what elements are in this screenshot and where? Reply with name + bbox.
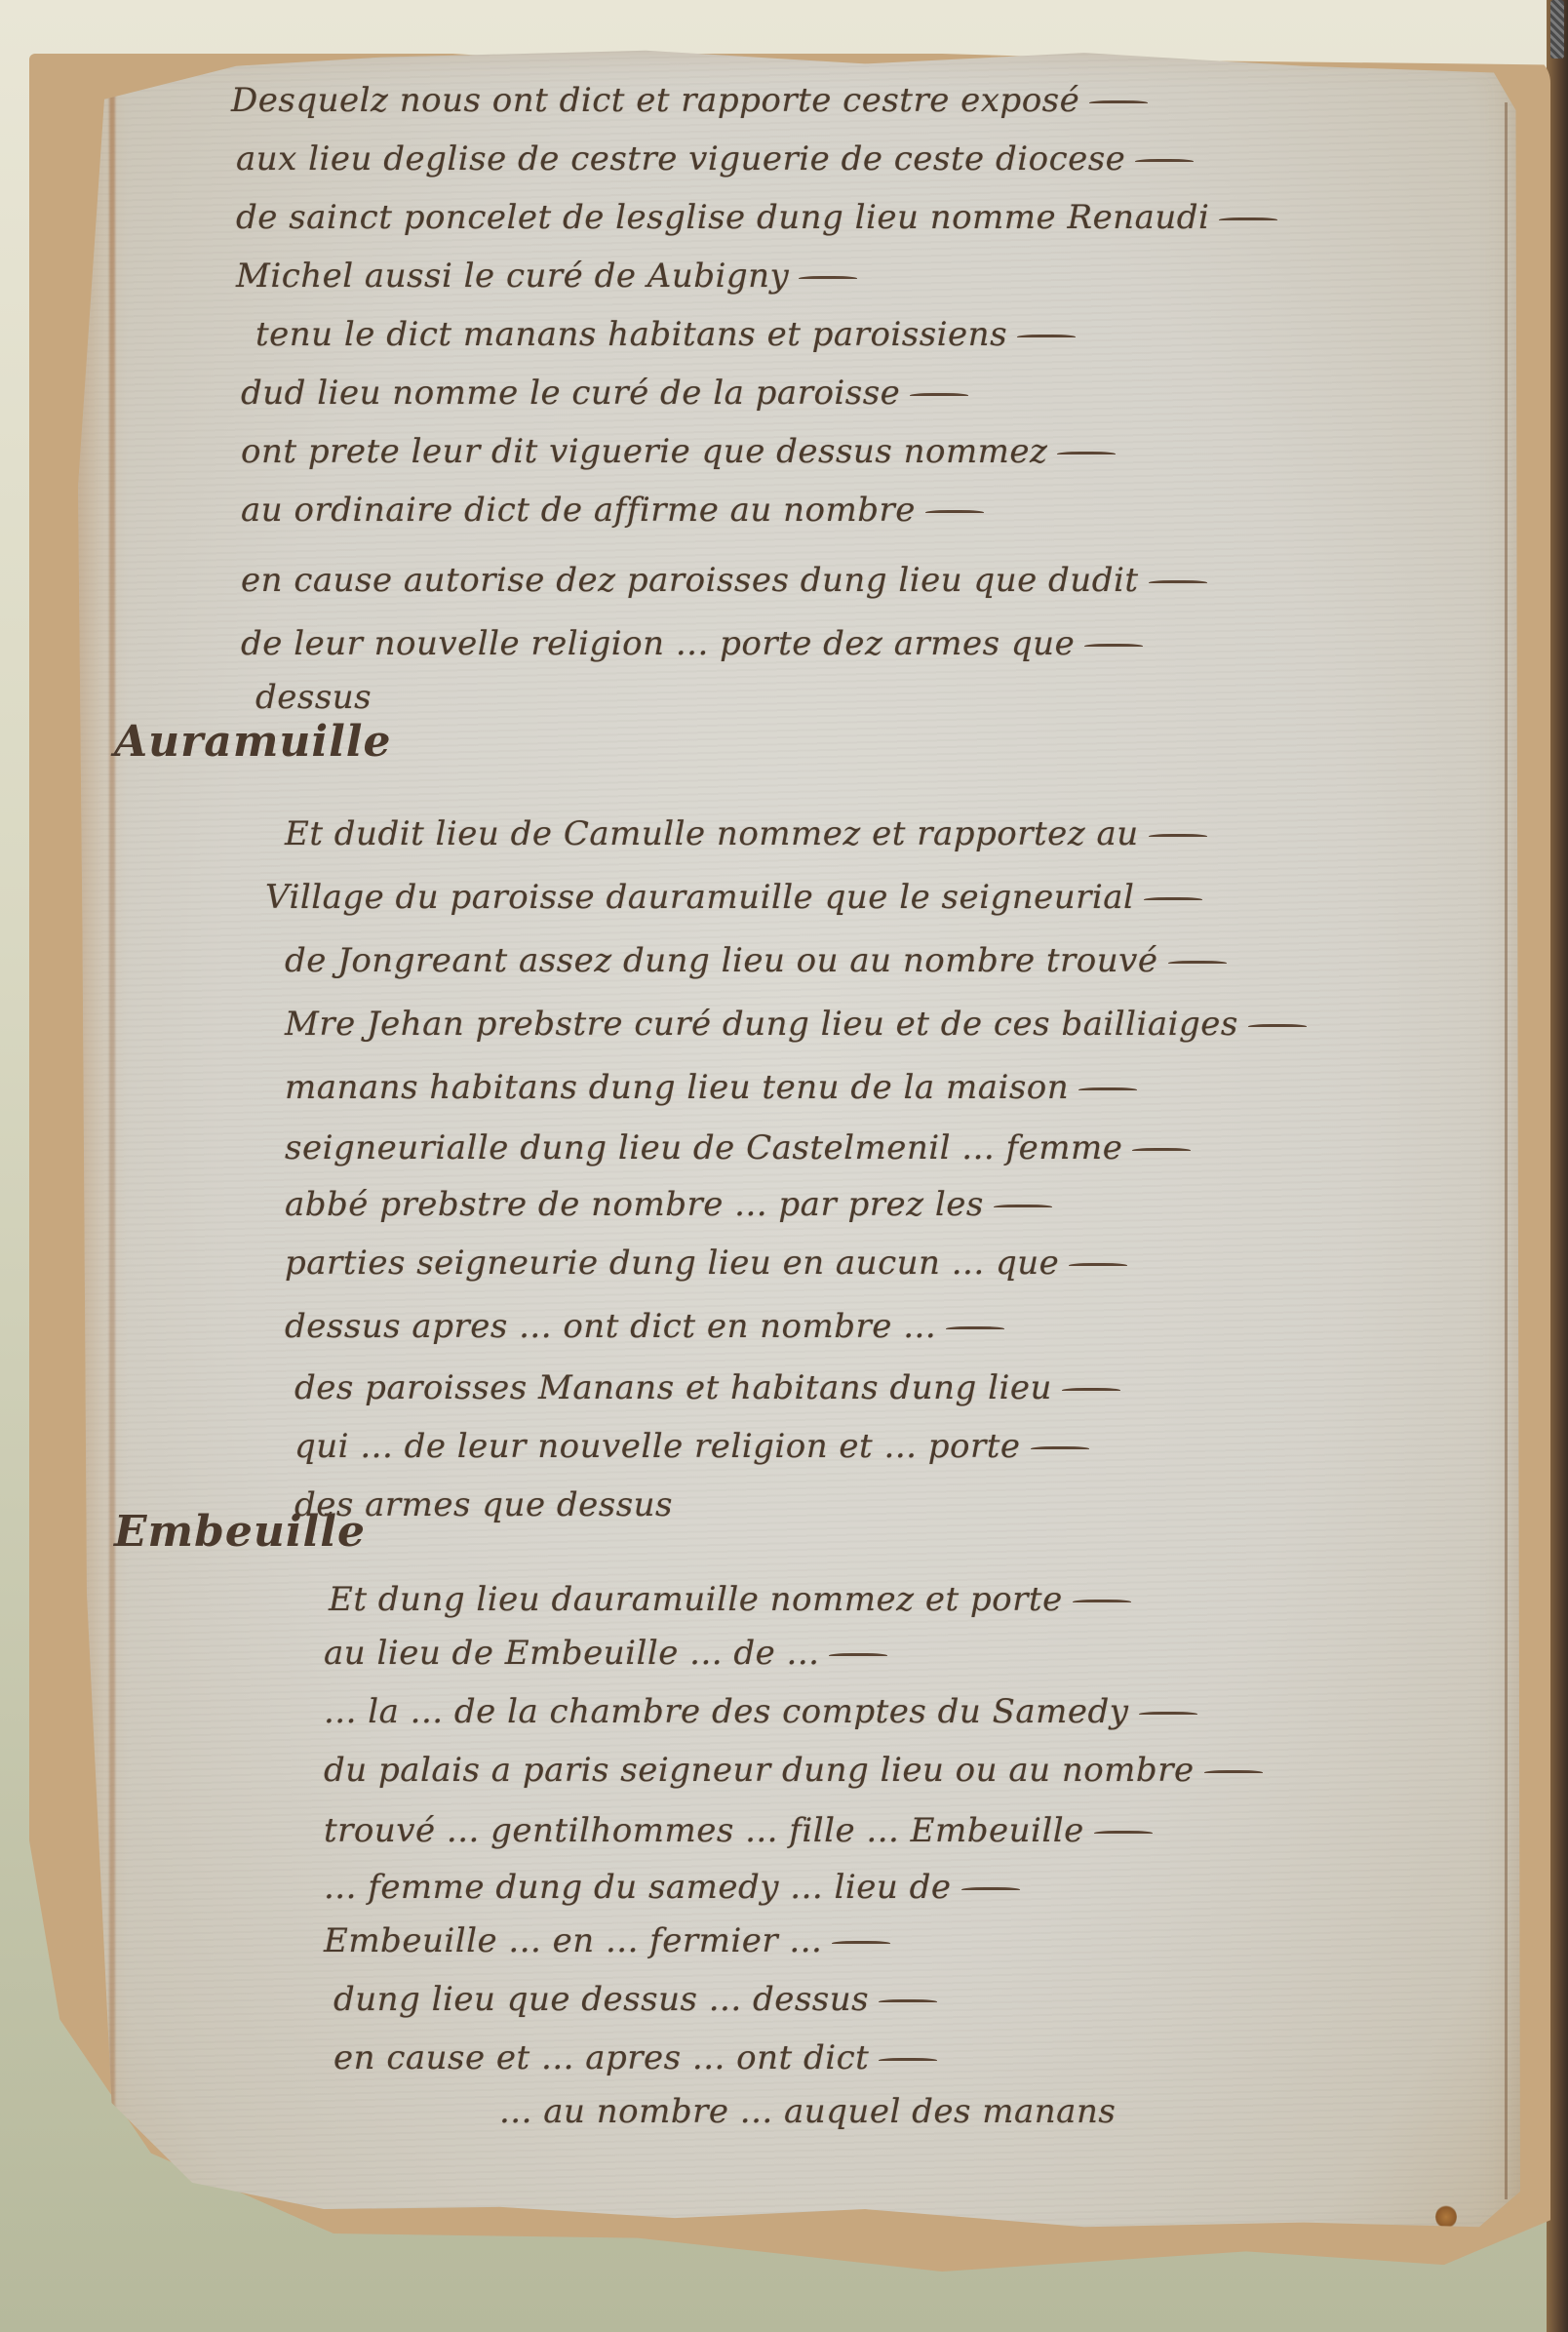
text-line: du palais a paris seigneur dung lieu ou … [324, 1751, 1195, 1790]
text-line: Et dung lieu dauramuille nommez et porte [329, 1580, 1063, 1619]
text-line: ... femme dung du samedy ... lieu de [324, 1868, 952, 1907]
text-line: Embeuille ... en ... fermier ... [324, 1921, 822, 1960]
text-line: en cause et ... apres ... ont dict [333, 2038, 869, 2077]
text-block-3: Et dung lieu dauramuille nommez et porte… [60, 44, 1523, 2258]
text-line: ... la ... de la chambre des comptes du … [324, 1692, 1129, 1731]
text-line: au lieu de Embeuille ... de ... [324, 1634, 819, 1673]
binding-thread [1550, 0, 1564, 59]
text-line: ... au nombre ... auquel des manans [499, 2092, 1116, 2131]
text-line: trouvé ... gentilhommes ... fille ... Em… [324, 1811, 1084, 1850]
manuscript-page: Desquelz nous ont dict et rapporte cestr… [60, 44, 1523, 2258]
text-line: dung lieu que dessus ... dessus [333, 1980, 869, 2019]
